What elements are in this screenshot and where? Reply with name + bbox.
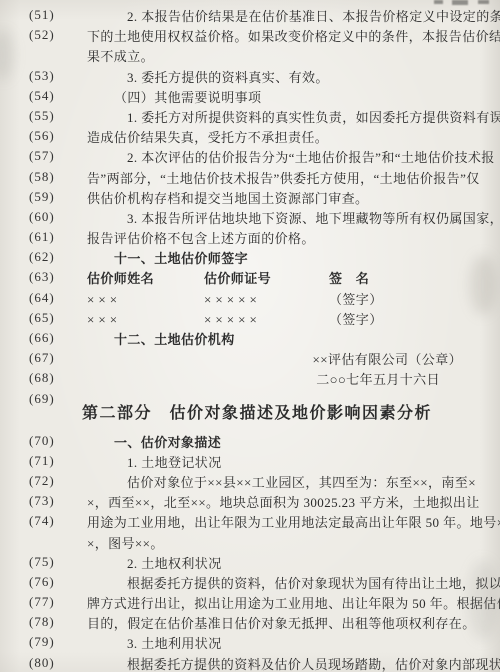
signature-table-header-row: (63) 估价师姓名 估价师证号 签 名 [0,269,500,289]
line-number: (73) [0,493,87,509]
appraiser-name-value: × × × [87,290,204,309]
line-number: (76) [0,574,87,590]
appraiser-cert-value: × × × × × [204,290,329,309]
column-appraiser-name: 估价师姓名 [87,269,204,288]
appraiser-name-value: × × × [87,310,204,329]
document-line: (72) 估价对象位于××县××工业园区，其四至为：东至××，南至× [0,473,500,493]
document-line: (74) 用途为工业用地，出让年限为工业用地法定最高出让年限 50 年。地号× [0,513,500,533]
document-line: (51) 2. 本报告估价结果是在估价基准日、本报告价格定义中设定的条件 [0,7,500,27]
document-line: (60) 3. 本报告所评估地块地下资源、地下埋藏物等所有权仍属国家，本 [0,209,500,229]
line-text: 用途为工业用地，出让年限为工业用地法定最高出让年限 50 年。地号× [87,513,500,532]
line-number: (64) [0,290,87,306]
line-text: 下的土地使用权权益价格。如果改变价格定义中的条件，本报告估价结 [87,27,500,46]
section-header-text: 十一、土地估价师签字 [87,249,470,268]
signature-table-row: (65) × × × × × × × × （签字） [0,310,500,330]
report-date-line: (68) 二○○七年五月十六日 [0,370,500,390]
line-number: (77) [0,594,87,610]
line-text: 供估价机构存档和提交当地国土资源部门审查。 [87,189,470,208]
signature-table-values: × × × × × × × × （签字） [87,310,470,329]
line-number: (62) [0,249,87,265]
line-number: (59) [0,189,87,205]
line-text: 1. 土地登记状况 [87,453,470,472]
line-text: 2. 本报告估价结果是在估价基准日、本报告价格定义中设定的条件 [87,7,500,26]
line-number: (52) [0,27,87,43]
line-number: (61) [0,229,87,245]
line-number: (63) [0,269,87,285]
line-text: 造成估价结果失真，受托方不承担责任。 [87,128,470,147]
document-page: (51) 2. 本报告估价结果是在估价基准日、本报告价格定义中设定的条件 (52… [0,0,500,672]
line-number: (54) [0,88,87,104]
line-text: 目的，假定在估价基准日估价对象无抵押、出租等他项权利存在。 [87,614,476,633]
document-line-section-header: (66) 十二、土地估价机构 [0,330,500,350]
document-line: (80) 根据委托方提供的资料及估价人员现场踏勘，估价对象内部现状为 [0,655,500,672]
signature-table-header: 估价师姓名 估价师证号 签 名 [87,269,470,288]
line-number: (55) [0,108,87,124]
line-number: (78) [0,614,87,630]
appraiser-cert-value: × × × × × [204,310,329,329]
document-line: (73) ×，西至××，北至××。地块总面积为 30025.23 平方米，土地拟… [0,493,500,513]
document-line: (76) 根据委托方提供的资料，估价对象现状为国有待出让土地，拟以挂 [0,574,500,594]
document-line: (56) 造成估价结果失真，受托方不承担责任。 [0,128,500,148]
line-number: (74) [0,513,87,529]
line-text: 牌方式进行出让，拟出让用途为工业用地、出让年限为 50 年。根据估价 [87,594,500,613]
line-text: ×，西至××，北至××。地块总面积为 30025.23 平方米，土地拟出让 [87,493,480,512]
report-date-text: 二○○七年五月十六日 [87,370,470,389]
document-line: (78) 目的，假定在估价基准日估价对象无抵押、出租等他项权利存在。 [0,614,500,634]
line-number: (66) [0,330,87,346]
line-number: (71) [0,453,87,469]
line-number: (80) [0,655,87,671]
line-number: (51) [0,7,87,23]
line-number: (69) [0,391,87,407]
column-appraiser-cert: 估价师证号 [204,269,329,288]
line-number: (60) [0,209,87,225]
line-number: (75) [0,554,87,570]
line-text: 3. 本报告所评估地块地下资源、地下埋藏物等所有权仍属国家，本 [87,209,500,228]
document-line: 果不成立。 [0,47,500,67]
document-line: ×，图号××。 [0,534,500,554]
line-text: 报告评估价格不包含上述方面的价格。 [87,229,470,248]
line-text: 3. 委托方提供的资料真实、有效。 [87,68,470,87]
line-number: (70) [0,433,87,449]
line-number: (53) [0,68,87,84]
document-line: (53) 3. 委托方提供的资料真实、有效。 [0,68,500,88]
line-text: 1. 委托方对所提供资料的真实性负责，如因委托方提供资料有误， [87,108,500,127]
document-line-section-header: (62) 十一、土地估价师签字 [0,249,500,269]
line-text: 根据委托方提供的资料，估价对象现状为国有待出让土地，拟以挂 [87,574,500,593]
document-line-section-header: (70) 一、估价对象描述 [0,433,500,453]
company-name-text: ××评估有限公司（公章） [87,350,470,369]
line-number: (57) [0,148,87,164]
document-line: (79) 3. 土地利用状况 [0,634,500,654]
document-line: (55) 1. 委托方对所提供资料的真实性负责，如因委托方提供资料有误， [0,108,500,128]
line-number: (58) [0,169,87,185]
document-line: (58) 告”两部分，“土地估价技术报告”供委托方使用，“土地估价报告”仅 [0,169,500,189]
line-number: (67) [0,350,87,366]
line-text: 根据委托方提供的资料及估价人员现场踏勘，估价对象内部现状为 [87,655,500,672]
line-text: 3. 土地利用状况 [87,634,470,653]
document-line: (77) 牌方式进行出让，拟出让用途为工业用地、出让年限为 50 年。根据估价 [0,594,500,614]
company-seal-line: (67) ××评估有限公司（公章） [0,350,500,370]
line-text: （四）其他需要说明事项 [87,88,470,107]
line-text: 告”两部分，“土地估价技术报告”供委托方使用，“土地估价报告”仅 [87,169,480,188]
part-two-heading-row: (69) 第二部分 估价对象描述及地价影响因素分析 [0,391,500,433]
document-content: (51) 2. 本报告估价结果是在估价基准日、本报告价格定义中设定的条件 (52… [0,7,500,672]
signature-placeholder: （签字） [329,310,470,329]
document-line: (71) 1. 土地登记状况 [0,453,500,473]
scan-speck [452,0,468,5]
document-line: (75) 2. 土地权利状况 [0,554,500,574]
document-line: (57) 2. 本次评估的估价报告分为“土地估价报告”和“土地估价技术报 [0,148,500,168]
line-number: (72) [0,473,87,489]
line-number: (65) [0,310,87,326]
line-text: ×，图号××。 [87,534,470,553]
column-signature: 签 名 [329,269,470,288]
line-text: 估价对象位于××县××工业园区，其四至为：东至××，南至× [87,473,476,492]
line-text: 果不成立。 [87,47,470,66]
section-header-text: 十二、土地估价机构 [87,330,470,349]
line-text: 2. 本次评估的估价报告分为“土地估价报告”和“土地估价技术报 [87,148,495,167]
signature-table-row: (64) × × × × × × × × （签字） [0,290,500,310]
line-number: (79) [0,634,87,650]
document-line: (52) 下的土地使用权权益价格。如果改变价格定义中的条件，本报告估价结 [0,27,500,47]
document-line: (59) 供估价机构存档和提交当地国土资源部门审查。 [0,189,500,209]
line-number: (56) [0,128,87,144]
scan-speck [434,0,443,4]
document-line: (54) （四）其他需要说明事项 [0,88,500,108]
line-number: (68) [0,370,87,386]
section-header-text: 一、估价对象描述 [87,433,470,452]
document-line: (61) 报告评估价格不包含上述方面的价格。 [0,229,500,249]
scan-speck [478,0,489,4]
signature-table-values: × × × × × × × × （签字） [87,290,470,309]
signature-placeholder: （签字） [329,290,470,309]
line-text: 2. 土地权利状况 [87,554,470,573]
